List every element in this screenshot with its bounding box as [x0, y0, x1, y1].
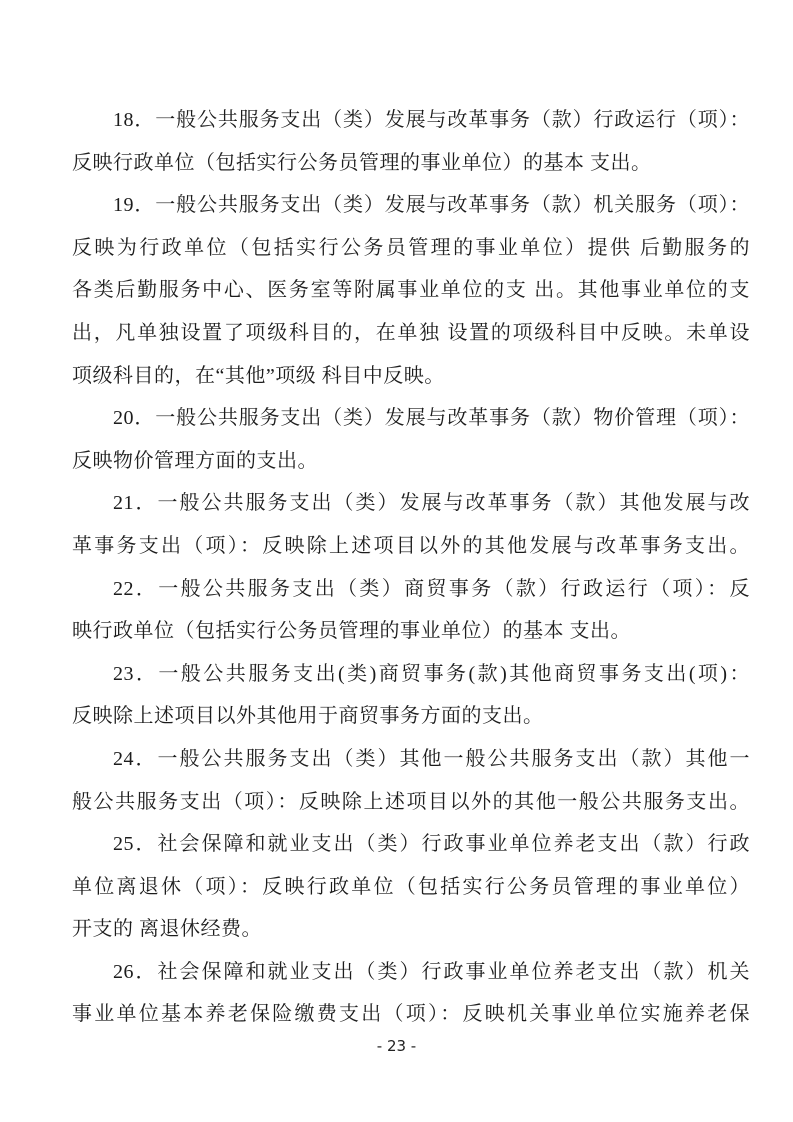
- text-line: 23．一般公共服务支出(类)商贸事务(款)其他商贸事务支出(项)：: [72, 653, 750, 696]
- paragraph-item-19: 19．一般公共服务支出（类）发展与改革事务（款）机关服务（项）： 反映为行政单位…: [72, 184, 750, 397]
- text-line: 20．一般公共服务支出（类）发展与改革事务（款）物价管理（项）：: [72, 397, 750, 440]
- text-line: 各类后勤服务中心、医务室等附属事业单位的支 出。其他事业单位的支: [72, 269, 750, 312]
- text-line: 反映物价管理方面的支出。: [72, 440, 750, 483]
- paragraph-item-22: 22．一般公共服务支出（类）商贸事务（款）行政运行（项）：反 映行政单位（包括实…: [72, 568, 750, 653]
- text-line: 25．社会保障和就业支出（类）行政事业单位养老支出（款）行政: [72, 823, 750, 866]
- text-line: 般公共服务支出（项）：反映除上述项目以外的其他一般公共服务支出。: [72, 781, 750, 824]
- text-line: 开支的 离退休经费。: [72, 908, 750, 951]
- paragraph-item-18: 18．一般公共服务支出（类）发展与改革事务（款）行政运行（项）： 反映行政单位（…: [72, 99, 750, 184]
- text-line: 革事务支出（项）：反映除上述项目以外的其他发展与改革事务支出。: [72, 525, 750, 568]
- text-line: 19．一般公共服务支出（类）发展与改革事务（款）机关服务（项）：: [72, 184, 750, 227]
- paragraph-item-23: 23．一般公共服务支出(类)商贸事务(款)其他商贸事务支出(项)： 反映除上述项…: [72, 653, 750, 738]
- paragraph-item-26: 26．社会保障和就业支出（类）行政事业单位养老支出（款）机关 事业单位基本养老保…: [72, 951, 750, 1036]
- text-line: 18．一般公共服务支出（类）发展与改革事务（款）行政运行（项）：: [72, 99, 750, 142]
- page-number-footer: - 23 -: [0, 1034, 793, 1058]
- page-number: - 23 -: [377, 1037, 416, 1055]
- text-line: 反映除上述项目以外其他用于商贸事务方面的支出。: [72, 695, 750, 738]
- text-line: 24．一般公共服务支出（类）其他一般公共服务支出（款）其他一: [72, 738, 750, 781]
- text-line: 反映行政单位（包括实行公务员管理的事业单位）的基本 支出。: [72, 142, 750, 185]
- paragraph-item-25: 25．社会保障和就业支出（类）行政事业单位养老支出（款）行政 单位离退休（项）：…: [72, 823, 750, 951]
- text-line: 事业单位基本养老保险缴费支出（项）：反映机关事业单位实施养老保: [72, 993, 750, 1036]
- text-line: 出，凡单独设置了项级科目的，在单独 设置的项级科目中反映。未单设: [72, 312, 750, 355]
- text-line: 反映为行政单位（包括实行公务员管理的事业单位）提供 后勤服务的: [72, 227, 750, 270]
- paragraph-item-21: 21．一般公共服务支出（类）发展与改革事务（款）其他发展与改 革事务支出（项）：…: [72, 482, 750, 567]
- text-line: 21．一般公共服务支出（类）发展与改革事务（款）其他发展与改: [72, 482, 750, 525]
- text-line: 单位离退休（项）：反映行政单位（包括实行公务员管理的事业单位）: [72, 866, 750, 909]
- text-line: 项级科目的，在“其他”项级 科目中反映。: [72, 355, 750, 398]
- text-line: 22．一般公共服务支出（类）商贸事务（款）行政运行（项）：反: [72, 568, 750, 611]
- text-line: 26．社会保障和就业支出（类）行政事业单位养老支出（款）机关: [72, 951, 750, 994]
- paragraph-item-24: 24．一般公共服务支出（类）其他一般公共服务支出（款）其他一 般公共服务支出（项…: [72, 738, 750, 823]
- text-content: 18．一般公共服务支出（类）发展与改革事务（款）行政运行（项）： 反映行政单位（…: [72, 99, 750, 1036]
- paragraph-item-20: 20．一般公共服务支出（类）发展与改革事务（款）物价管理（项）： 反映物价管理方…: [72, 397, 750, 482]
- text-line: 映行政单位（包括实行公务员管理的事业单位）的基本 支出。: [72, 610, 750, 653]
- document-page: 18．一般公共服务支出（类）发展与改革事务（款）行政运行（项）： 反映行政单位（…: [0, 0, 793, 1122]
